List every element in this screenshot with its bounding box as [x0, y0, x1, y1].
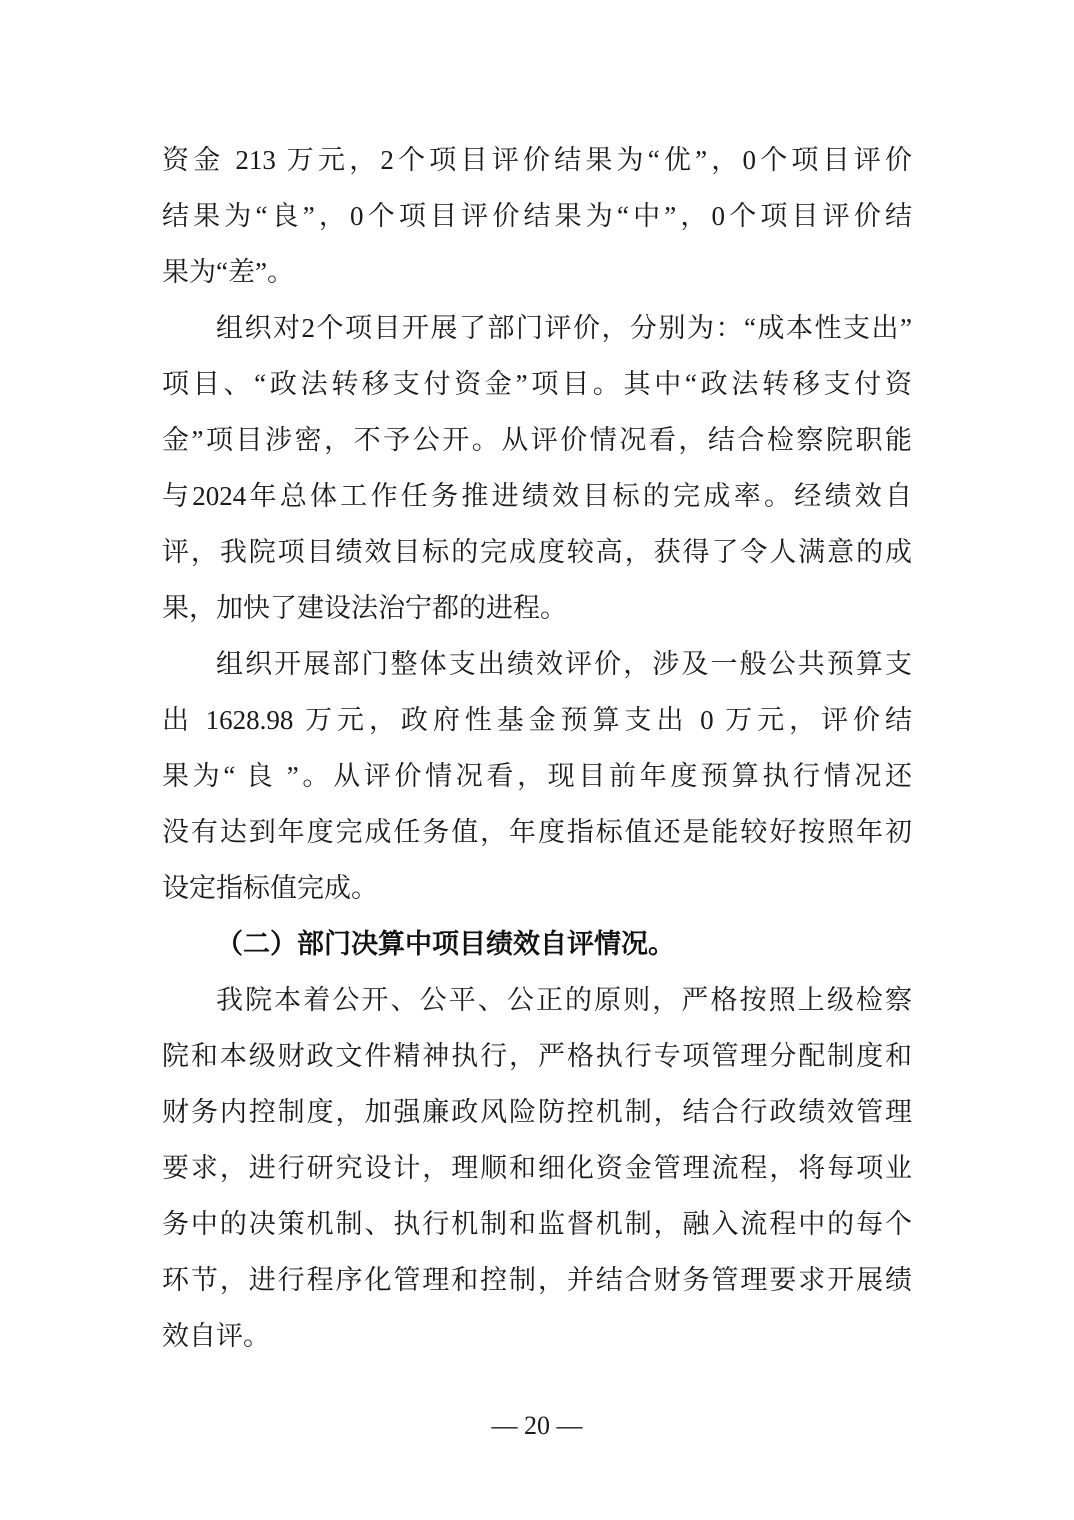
paragraph: 组织对2个项目开展了部门评价，分别为：“成本性支出”项目、“政法转移支付资金”项… [162, 300, 912, 636]
text-line: 金”项目涉密，不予公开。从评价情况看，结合检察院职能 [162, 412, 912, 468]
text-line: 财务内控制度，加强廉政风险防控机制，结合行政绩效管理 [162, 1084, 912, 1140]
document-page: 资金 213 万元，2个项目评价结果为“优”，0个项目评价结果为“良”，0个项目… [0, 0, 1074, 1520]
text-line: 果为“ 良 ”。从评价情况看，现目前年度预算执行情况还 [162, 748, 912, 804]
text-line: 结果为“良”，0个项目评价结果为“中”，0个项目评价结 [162, 188, 912, 244]
text-line: 与2024年总体工作任务推进绩效目标的完成率。经绩效自 [162, 468, 912, 524]
text-line: 资金 213 万元，2个项目评价结果为“优”，0个项目评价 [162, 132, 912, 188]
text-line: 出 1628.98 万元，政府性基金预算支出 0 万元，评价结 [162, 692, 912, 748]
text-line: 设定指标值完成。 [162, 860, 912, 916]
text-line: 项目、“政法转移支付资金”项目。其中“政法转移支付资 [162, 356, 912, 412]
text-line: 果，加快了建设法治宁都的进程。 [162, 580, 912, 636]
text-line: 务中的决策机制、执行机制和监督机制，融入流程中的每个 [162, 1196, 912, 1252]
paragraph: 我院本着公开、公平、公正的原则，严格按照上级检察院和本级财政文件精神执行，严格执… [162, 972, 912, 1364]
document-body: 资金 213 万元，2个项目评价结果为“优”，0个项目评价结果为“良”，0个项目… [162, 132, 912, 1364]
text-line: 评，我院项目绩效目标的完成度较高，获得了令人满意的成 [162, 524, 912, 580]
text-line: 环节，进行程序化管理和控制，并结合财务管理要求开展绩 [162, 1252, 912, 1308]
section-heading: （二）部门决算中项目绩效自评情况。 [162, 916, 912, 972]
text-line: （二）部门决算中项目绩效自评情况。 [162, 916, 912, 972]
text-line: 院和本级财政文件精神执行，严格执行专项管理分配制度和 [162, 1028, 912, 1084]
text-line: 要求，进行研究设计，理顺和细化资金管理流程，将每项业 [162, 1140, 912, 1196]
text-line: 组织对2个项目开展了部门评价，分别为：“成本性支出” [162, 300, 912, 356]
text-line: 没有达到年度完成任务值，年度指标值还是能较好按照年初 [162, 804, 912, 860]
text-line: 我院本着公开、公平、公正的原则，严格按照上级检察 [162, 972, 912, 1028]
paragraph: 资金 213 万元，2个项目评价结果为“优”，0个项目评价结果为“良”，0个项目… [162, 132, 912, 300]
text-line: 效自评。 [162, 1308, 912, 1364]
text-line: 果为“差”。 [162, 244, 912, 300]
text-line: 组织开展部门整体支出绩效评价，涉及一般公共预算支 [162, 636, 912, 692]
page-number: — 20 — [0, 1398, 1074, 1454]
paragraph: 组织开展部门整体支出绩效评价，涉及一般公共预算支出 1628.98 万元，政府性… [162, 636, 912, 916]
